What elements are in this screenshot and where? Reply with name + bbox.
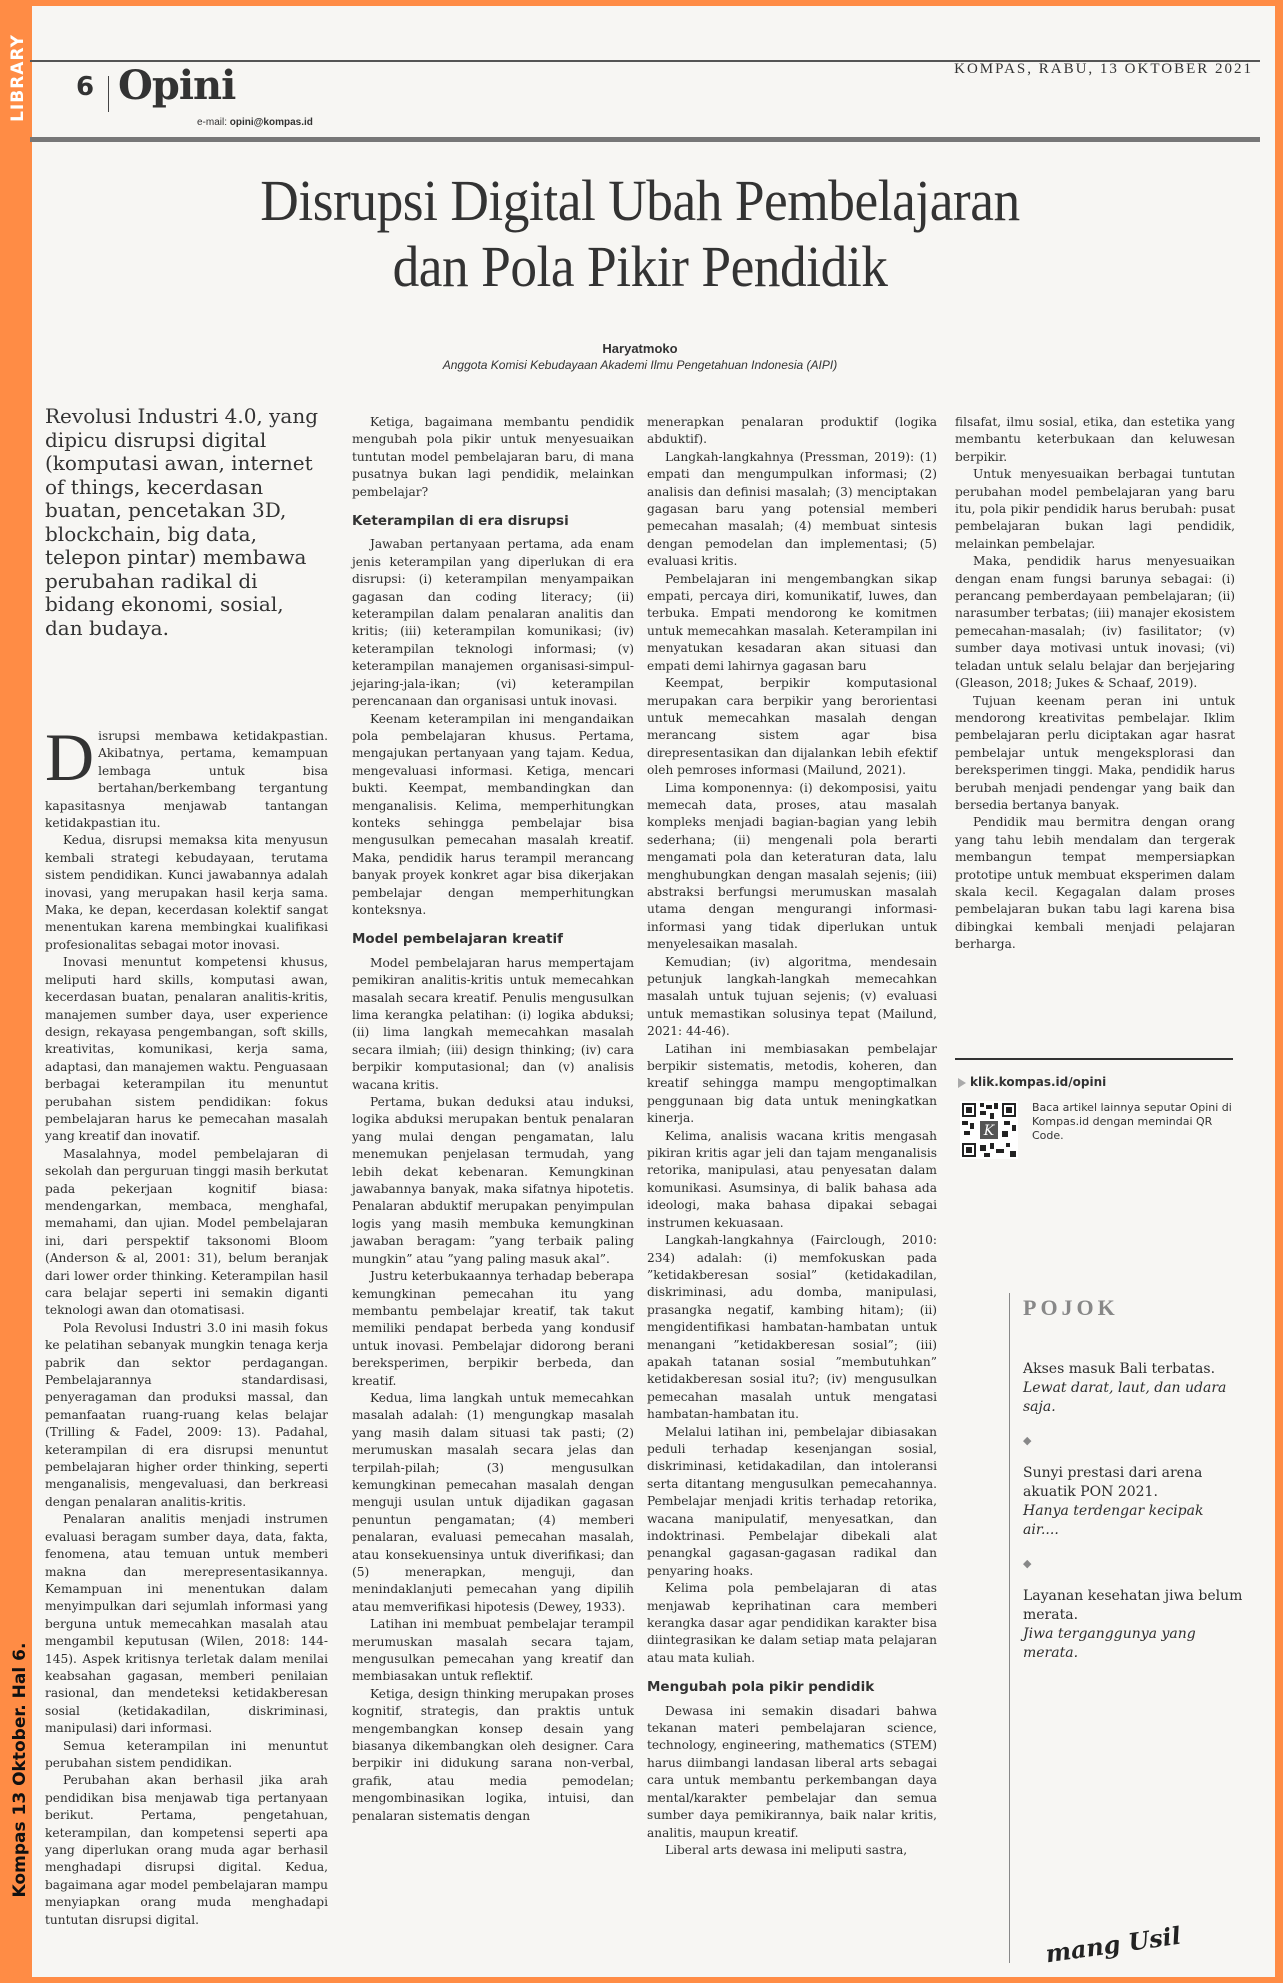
- paragraph: Kedua, lima langkah untuk memecahkan mas…: [352, 1390, 634, 1616]
- paragraph: Latihan ini membiasakan pembelajar berpi…: [647, 1041, 937, 1128]
- paragraph: Tujuan keenam peran ini untuk mendorong …: [955, 693, 1235, 815]
- paragraph: Model pembelajaran harus mempertajam pem…: [352, 955, 634, 1094]
- pojok-quip: Jiwa terganggunya yang merata.: [1023, 1625, 1243, 1663]
- pojok-divider: [1009, 1293, 1010, 1963]
- paragraph: Lima komponennya: (i) dekomposisi, yaitu…: [647, 780, 937, 954]
- headline: Disrupsi Digital Ubah Pembelajaran dan P…: [106, 168, 1173, 300]
- paragraph: Penalaran analitis menjadi instrumen eva…: [45, 1511, 328, 1737]
- paragraph: Pola Revolusi Industri 3.0 ini masih fok…: [45, 1320, 328, 1511]
- paragraph: Kelima pola pembelajaran di atas menjawa…: [647, 1580, 937, 1667]
- paragraph: Ketiga, design thinking merupakan proses…: [352, 1686, 634, 1825]
- paragraph: Pertama, bukan deduksi atau induksi, log…: [352, 1094, 634, 1268]
- paragraph: Melalui latihan ini, pembelajar dibiasak…: [647, 1424, 937, 1581]
- paragraph: Justru keterbukaannya terhadap beberapa …: [352, 1268, 634, 1390]
- library-stamp-main: LIBRARY: [8, 8, 28, 148]
- headline-line-1: Disrupsi Digital Ubah Pembelajaran: [106, 168, 1173, 234]
- paragraph: Semua keterampilan ini menuntut perubaha…: [45, 1738, 328, 1773]
- promo-link[interactable]: klik.kompas.id/opini: [958, 1075, 1106, 1089]
- pojok-signature: mang Usil: [1044, 1921, 1183, 1969]
- pojok-statement: Sunyi prestasi dari arena akuatik PON 20…: [1023, 1464, 1243, 1502]
- paragraph: Keenam keterampilan ini mengandaikan pol…: [352, 711, 634, 920]
- pojok-item: Akses masuk Bali terbatas. Lewat darat, …: [1023, 1360, 1243, 1417]
- pojok-title: POJOK: [1023, 1295, 1119, 1321]
- byline: Haryatmoko Anggota Komisi Kebudayaan Aka…: [280, 341, 1000, 372]
- qr-code-icon[interactable]: K: [960, 1101, 1018, 1159]
- paragraph: Latihan ini membuat pembelajar terampil …: [352, 1616, 634, 1686]
- masthead-divider: [108, 76, 109, 112]
- paragraph: Untuk menyesuaikan berbagai tuntutan per…: [955, 466, 1235, 553]
- paragraph: Dewasa ini semakin disadari bahwa tekana…: [647, 1703, 937, 1842]
- library-stamp: LIBRARY: [0, 8, 32, 148]
- paragraph: Ketiga, bagaimana membantu pendidik meng…: [352, 414, 634, 501]
- section-rule: [30, 137, 1260, 142]
- pojok-item: Sunyi prestasi dari arena akuatik PON 20…: [1023, 1464, 1243, 1540]
- section-title: Opini: [118, 62, 235, 109]
- paragraph: Masalahnya, model pembelajaran di sekola…: [45, 1146, 328, 1320]
- drop-cap: D: [45, 730, 94, 784]
- paragraph: Disrupsi membawa ketidakpastian. Akibatn…: [45, 728, 328, 832]
- archive-frame-top: [0, 0, 1283, 6]
- promo-text: Baca artikel lainnya seputar Opini di Ko…: [1032, 1101, 1232, 1143]
- promo-link-text: klik.kompas.id/opini: [970, 1075, 1106, 1089]
- svg-text:K: K: [983, 1123, 996, 1139]
- subheading-mindset: Mengubah pola pikir pendidik: [647, 1679, 937, 1696]
- article-column-3: menerapkan penalaran produktif (logika a…: [647, 414, 937, 1859]
- headline-line-2: dan Pola Pikir Pendidik: [106, 234, 1173, 300]
- diamond-separator-icon: ◆: [1023, 1554, 1243, 1573]
- archive-frame-right: [1275, 0, 1283, 1983]
- paragraph: Kedua, disrupsi memaksa kita menyusun ke…: [45, 832, 328, 954]
- paragraph: Maka, pendidik harus menyesuaikan dengan…: [955, 553, 1235, 692]
- pojok-quip: Hanya terdengar kecipak air....: [1023, 1502, 1243, 1540]
- paragraph: Kemudian; (iv) algoritma, mendesain petu…: [647, 954, 937, 1041]
- article-column-1: Disrupsi membawa ketidakpastian. Akibatn…: [45, 728, 328, 1929]
- lede: Revolusi Industri 4.0, yang dipicu disru…: [45, 405, 325, 640]
- paragraph: menerapkan penalaran produktif (logika a…: [647, 414, 937, 449]
- paragraph: Langkah-langkahnya (Fairclough, 2010: 23…: [647, 1232, 937, 1423]
- play-arrow-icon: [958, 1078, 966, 1088]
- paragraph: Kelima, analisis wacana kritis mengasah …: [647, 1128, 937, 1232]
- paragraph: filsafat, ilmu sosial, etika, dan esteti…: [955, 414, 1235, 466]
- article-column-4: filsafat, ilmu sosial, etika, dan esteti…: [955, 414, 1235, 954]
- paragraph: Perubahan akan berhasil jika arah pendid…: [45, 1772, 328, 1929]
- section-email: e-mail: opini@kompas.id: [197, 117, 313, 128]
- subheading-creative-model: Model pembelajaran kreatif: [352, 931, 634, 948]
- archive-frame-bottom: [0, 1977, 1283, 1983]
- paragraph: Keempat, berpikir komputasional merupaka…: [647, 675, 937, 779]
- paragraph: Langkah-langkahnya (Pressman, 2019): (1)…: [647, 449, 937, 571]
- pojok-statement: Layanan kesehatan jiwa belum merata.: [1023, 1587, 1243, 1625]
- article-column-2: Ketiga, bagaimana membantu pendidik meng…: [352, 414, 634, 1825]
- pojok-column: Akses masuk Bali terbatas. Lewat darat, …: [1023, 1360, 1243, 1677]
- diamond-separator-icon: ◆: [1023, 1431, 1243, 1450]
- pojok-statement: Akses masuk Bali terbatas.: [1023, 1360, 1243, 1379]
- pojok-quip: Lewat darat, laut, dan udara saja.: [1023, 1379, 1243, 1417]
- page-number: 6: [76, 72, 94, 102]
- subheading-skills: Keterampilan di era disrupsi: [352, 513, 634, 530]
- paragraph: Inovasi menuntut kompetensi khusus, meli…: [45, 954, 328, 1145]
- paragraph: Pembelajaran ini mengembangkan sikap emp…: [647, 571, 937, 675]
- paragraph: Pendidik mau bermitra dengan orang yang …: [955, 814, 1235, 953]
- author-role: Anggota Komisi Kebudayaan Akademi Ilmu P…: [280, 358, 1000, 372]
- author-name: Haryatmoko: [280, 341, 1000, 356]
- email-label: e-mail:: [197, 117, 227, 128]
- email-address[interactable]: opini@kompas.id: [230, 117, 313, 128]
- promo-divider: [955, 1058, 1233, 1060]
- paragraph: Jawaban pertanyaan pertama, ada enam jen…: [352, 536, 634, 710]
- pojok-item: Layanan kesehatan jiwa belum merata. Jiw…: [1023, 1587, 1243, 1663]
- paragraph: Liberal arts dewasa ini meliputi sastra,: [647, 1842, 937, 1859]
- archive-caption: Kompas 13 Oktober. Hal 6.: [10, 1590, 30, 1950]
- date-line: KOMPAS, RABU, 13 OKTOBER 2021: [954, 61, 1253, 78]
